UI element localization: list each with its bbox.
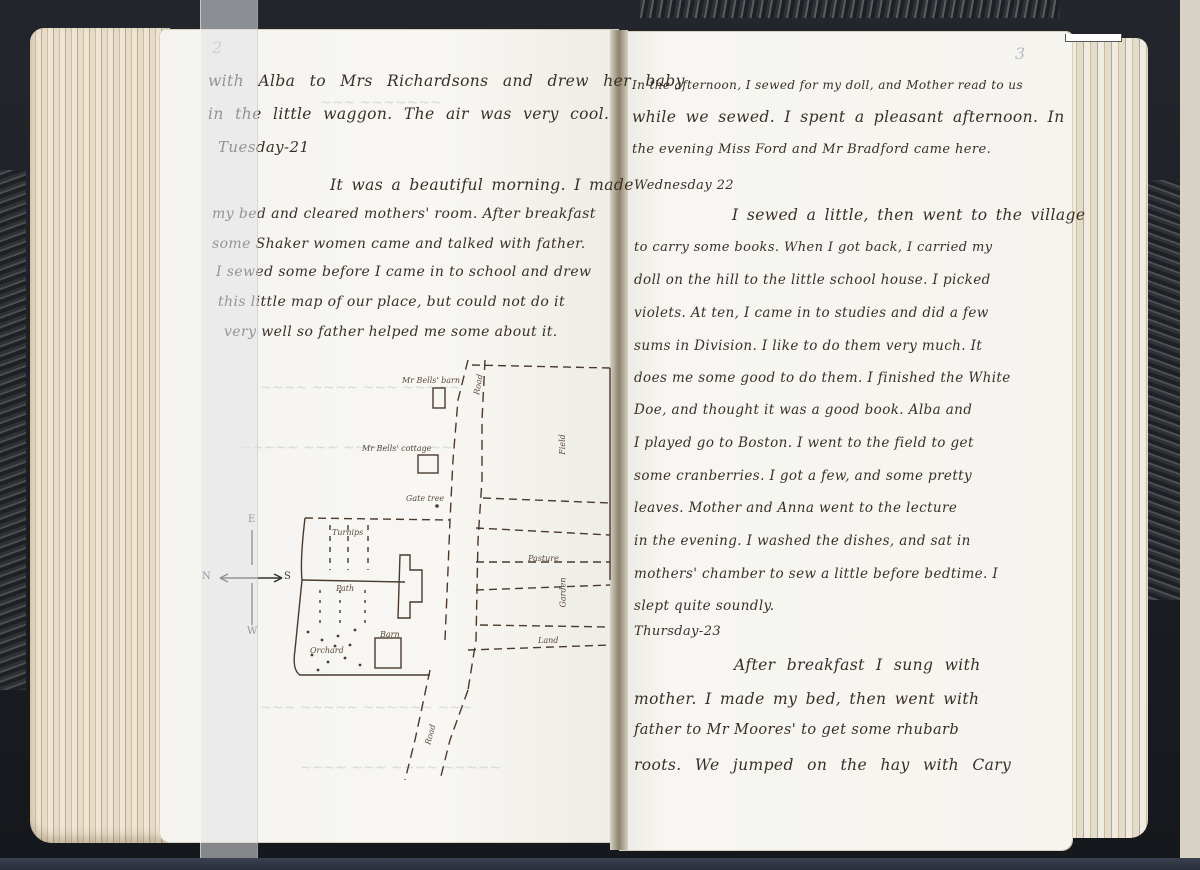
page-tab-marker (1065, 34, 1122, 42)
left-line-2: in the little waggon. The air was very c… (208, 105, 609, 123)
map-label-gate: Gate tree (406, 494, 444, 503)
right-line-7: doll on the hill to the little school ho… (634, 272, 991, 288)
viewer-bottom-bar (0, 858, 1200, 870)
right-line-14: leaves. Mother and Anna went to the lect… (634, 500, 957, 516)
right-line-16: mothers' chamber to sew a little before … (634, 566, 998, 582)
marbled-cover-top (640, 0, 1060, 18)
map-label-path: Path (336, 584, 354, 593)
right-line-15: in the evening. I washed the dishes, and… (634, 533, 971, 549)
marbled-cover-left (0, 170, 26, 690)
right-line-19: After breakfast I sung with (734, 656, 981, 674)
left-page-stack (30, 28, 170, 843)
repair-tape-strip (200, 0, 258, 858)
map-label-bells-barn: Mr Bells' barn (402, 376, 460, 385)
right-line-10: does me some good to do them. I finished… (634, 370, 1011, 386)
map-label-pasture: Pasture (528, 554, 559, 563)
right-line-1: In the afternoon, I sewed for my doll, a… (632, 78, 1023, 92)
right-line-5: I sewed a little, then went to the villa… (732, 206, 1085, 224)
right-line-13: some cranberries. I got a few, and some … (634, 468, 972, 484)
map-label-orchard: Orchard (310, 646, 344, 655)
date-heading-wednesday: Wednesday 22 (634, 178, 734, 193)
left-line-6: some Shaker women came and talked with f… (212, 236, 586, 252)
right-line-21: father to Mr Moores' to get some rhubarb (634, 722, 959, 738)
marbled-cover-right (1145, 180, 1185, 600)
hand-drawn-map: E N S W Mr Bells' barn Mr Bells' cottage… (200, 340, 620, 790)
right-line-12: I played go to Boston. I went to the fie… (634, 435, 974, 451)
left-line-8: this little map of our place, but could … (218, 294, 565, 310)
right-line-2: while we sewed. I spent a pleasant after… (632, 108, 1065, 126)
page-number-right: 3 (1015, 44, 1025, 63)
map-label-field: Field (558, 434, 567, 455)
right-line-22: roots. We jumped on the hay with Cary (634, 756, 1011, 774)
right-line-8: violets. At ten, I came in to studies an… (634, 305, 989, 321)
map-drawing (200, 340, 620, 790)
compass-south-label: S (284, 571, 291, 582)
left-line-9: very well so father helped me some about… (224, 324, 558, 340)
map-label-garden: Garden (559, 578, 568, 608)
right-line-3: the evening Miss Ford and Mr Bradford ca… (632, 142, 991, 157)
left-line-5: my bed and cleared mothers' room. After … (212, 206, 596, 222)
map-label-barn: Barn (380, 630, 400, 639)
map-label-turnips: Turnips (332, 528, 363, 537)
date-heading-thursday: Thursday-23 (634, 624, 721, 639)
right-line-17: slept quite soundly. (634, 598, 774, 614)
map-label-land: Land (538, 636, 558, 645)
right-line-9: sums in Division. I like to do them very… (634, 338, 982, 354)
right-page-stack (1070, 38, 1148, 838)
left-line-7: I sewed some before I came in to school … (216, 264, 591, 280)
right-line-20: mother. I made my bed, then went with (634, 690, 979, 708)
right-line-6: to carry some books. When I got back, I … (634, 240, 992, 255)
right-line-11: Doe, and thought it was a good book. Alb… (634, 402, 972, 418)
cover-edge (1180, 0, 1200, 858)
left-line-1: with Alba to Mrs Richardsons and drew he… (208, 72, 685, 90)
map-label-cottage: Mr Bells' cottage (362, 444, 432, 453)
left-line-4: It was a beautiful morning. I made (330, 176, 634, 194)
